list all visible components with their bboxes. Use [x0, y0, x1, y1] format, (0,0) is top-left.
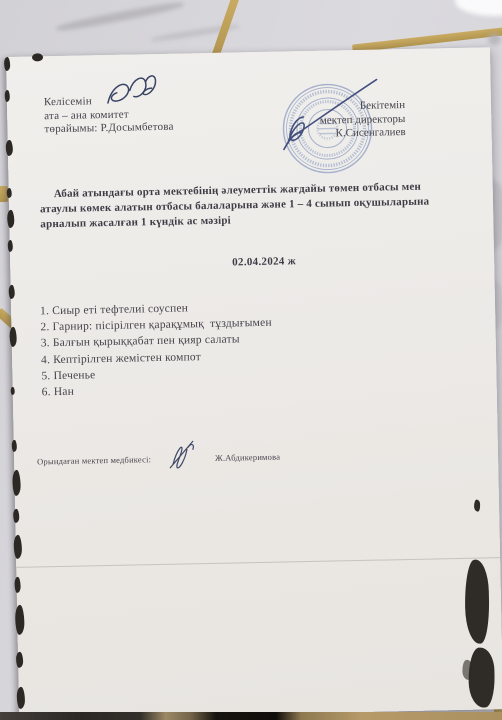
approval-right-block: Бекітемін мектеп директоры К.Сисенгалиев [285, 99, 406, 142]
menu-list: 1. Сиыр еті тефтелиі соуспен 2. Гарнир: … [40, 299, 273, 401]
ink-smudge [474, 500, 480, 512]
chairman-signature [101, 72, 166, 113]
binding-mark [11, 387, 15, 395]
ink-smudge [462, 660, 472, 680]
background-object [488, 34, 501, 45]
paper-fold-line [16, 557, 500, 568]
binding-mark [4, 57, 10, 71]
binding-mark [9, 285, 15, 299]
document-title: Абай атындағы орта мектебінің әлеуметтік… [40, 179, 475, 233]
executor-label: Орындаған мектеп медбикесі: [37, 454, 151, 466]
executor-name: Ж.Абдикеримова [215, 452, 280, 463]
binding-mark [14, 535, 22, 559]
binding-mark [7, 188, 12, 198]
approval-right-line: К.Сисенгалиев [285, 126, 405, 142]
background-object [455, 0, 502, 16]
binding-mark [7, 210, 14, 228]
nurse-signature [164, 437, 205, 472]
marble-grey-vein [55, 0, 184, 33]
marble-grey-vein [150, 23, 240, 43]
binding-mark [12, 470, 21, 496]
paper-sheet: Келісемін ата – ана комитет төрайымы: Р.… [6, 47, 502, 719]
binding-mark [6, 140, 13, 156]
binding-mark [17, 687, 25, 709]
binding-mark [9, 327, 16, 347]
ink-smudge [468, 647, 495, 708]
ink-smudge [473, 588, 484, 628]
binding-mark [12, 440, 17, 452]
marble-gold-vein [211, 0, 239, 60]
photo-of-document: Келісемін ата – ана комитет төрайымы: Р.… [0, 0, 502, 720]
binding-mark [15, 605, 25, 635]
document-date: 02.04.2024 ж [232, 255, 296, 268]
binding-mark [16, 652, 23, 668]
binding-mark [32, 53, 43, 61]
binding-mark [13, 509, 19, 523]
table-edge [0, 712, 502, 720]
binding-mark [8, 240, 13, 252]
binding-mark [14, 577, 20, 593]
approval-left-line: төрайымы: Р.Досымбетова [44, 121, 173, 137]
binding-mark [5, 90, 10, 102]
